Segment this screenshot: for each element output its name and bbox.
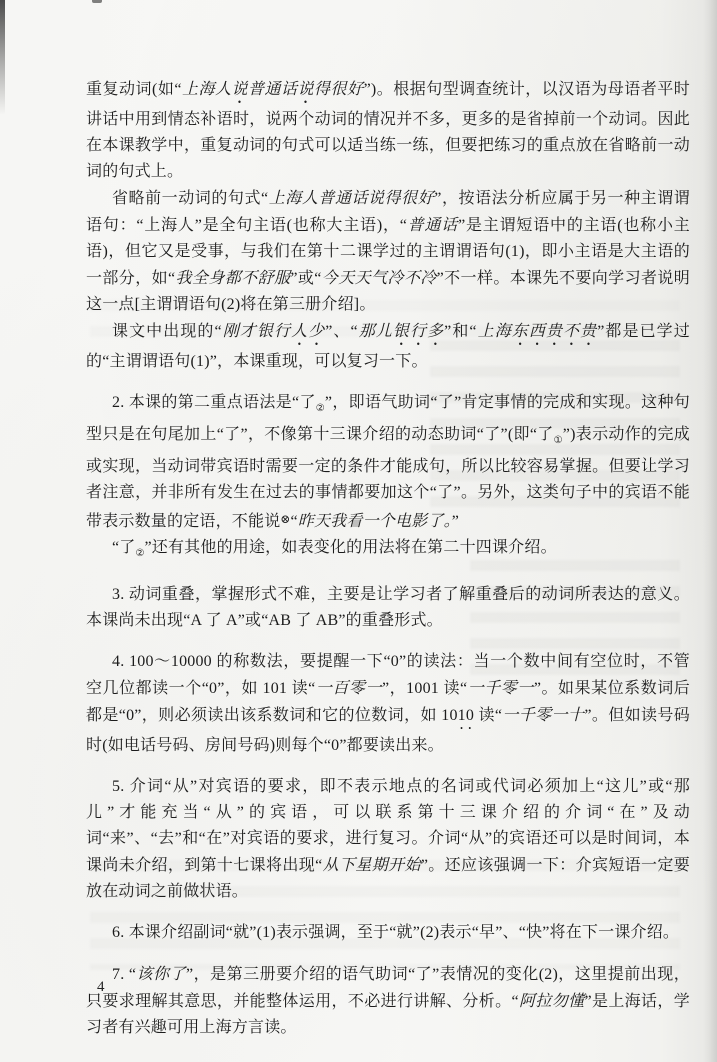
text-segment: “ [290, 513, 297, 530]
text-segment: 重复动词(如“ [86, 81, 182, 98]
document-body: 重复动词(如“上海人说普通话说得很好”)。根据句型调查统计，以汉语为母语者平时讲… [86, 76, 690, 1041]
text-segment: 昨天我看一个电影了。 [298, 511, 452, 530]
text-segment: 上海 [477, 321, 512, 340]
text-segment: 6. 本课介绍副词“就”(1)表示强调，至于“就”(2)表示“早”、“快”将在下… [112, 924, 679, 941]
text-segment: 普通话 [407, 215, 458, 234]
paragraph-item-2-le2-modal-particle: 2. 本课的第二重点语法是“了②”，即语气助词“了”肯定事情的完成和实现。这种句… [86, 390, 690, 535]
text-segment: ”、“ [325, 323, 358, 340]
paragraph-item-7-gai-ni-le: 7. “该你了”，是第三册要介绍的语气助词“了”表情况的变化(2)，这里提前出现… [86, 961, 690, 1041]
text-segment: 上海人普通话说得很好 [268, 188, 434, 207]
paragraph-omitted-first-verb: 省略前一动词的句式“上海人普通话说得很好”，按语法分析应属于另一种主谓谓语句：“… [86, 185, 690, 318]
text-segment: 说 [298, 79, 315, 98]
text-segment: 10 [458, 707, 474, 724]
text-segment: 2. 本课的第二重点语法是“了 [112, 394, 316, 411]
paragraph-item-3-verb-reduplication: 3. 动词重叠，掌握形式不难，主要是让学习者了解重叠后的动词所表达的意义。本课尚… [86, 582, 690, 634]
paragraph-item-4-numbers-100-10000: 4. 100～10000 的称数法，要提醒一下“0”的读法：当一个数中间有空位时… [86, 649, 690, 759]
text-segment: 3. 动词重叠，掌握形式不难，主要是让学习者了解重叠后的动词所表达的意义。本课尚… [86, 586, 690, 629]
paragraph-le2-other-uses: “了②”还有其他的用途，如表变化的用法将在第二十四课介绍。 [86, 535, 690, 567]
text-segment: 从下星期开始 [322, 855, 420, 874]
text-segment: “了 [112, 539, 136, 556]
text-segment: 今天天气冷不冷 [322, 268, 437, 287]
page-number: 4 [97, 979, 105, 996]
text-segment: 一千零一十 [502, 705, 584, 724]
text-segment: ⊗ [280, 512, 290, 526]
scan-artifact-top-speck [92, 0, 102, 3]
text-segment: 银行多 [393, 321, 444, 340]
text-segment: 说 [232, 79, 249, 98]
paragraph-repeated-verb-continuation: 重复动词(如“上海人说普通话说得很好”)。根据句型调查统计，以汉语为母语者平时讲… [86, 76, 690, 185]
text-segment: ② [316, 403, 325, 414]
text-segment: 得很好 [314, 79, 364, 98]
text-segment: 7. “ [112, 966, 136, 983]
text-segment: 那儿 [358, 321, 393, 340]
text-segment: 阿拉勿懂 [519, 991, 585, 1010]
scan-artifact-left-edge [0, 0, 5, 115]
text-segment: 该你了 [136, 964, 186, 983]
text-segment: 一百零一 [316, 678, 383, 697]
text-segment: ”和“ [444, 323, 477, 340]
text-segment: ”还有其他的用途，如表变化的用法将在第二十四课介绍。 [144, 539, 556, 556]
text-segment: ”，1001 读“ [382, 680, 467, 697]
paragraph-item-6-adverb-jiu: 6. 本课介绍副词“就”(1)表示强调，至于“就”(2)表示“早”、“快”将在下… [86, 920, 690, 946]
scan-shadow-right-edge [703, 0, 717, 1062]
text-segment: 一千零一 [467, 678, 534, 697]
text-segment: ” [452, 513, 459, 530]
text-segment: 普通话 [248, 79, 298, 98]
paragraph-text-examples-review: 课文中出现的“刚才银行人少”、“那儿银行多”和“上海东西贵不贵”都是已学过的“主… [86, 318, 690, 375]
scanned-page: 重复动词(如“上海人说普通话说得很好”)。根据句型调查统计，以汉语为母语者平时讲… [0, 0, 717, 1062]
text-segment: ① [554, 435, 563, 446]
text-segment: 刚才银行 [222, 321, 291, 340]
text-segment: 上海人 [182, 79, 232, 98]
text-segment: 东西贵不贵 [512, 321, 597, 340]
text-segment: 省略前一动词的句式“ [112, 190, 268, 207]
paragraph-item-5-preposition-cong: 5. 介词“从”对宾语的要求，即不表示地点的名词或代词必须加上“这儿”或“那儿”… [86, 774, 690, 905]
text-segment: ”或“ [290, 270, 321, 287]
text-segment: 我全身都不舒服 [175, 268, 290, 287]
text-segment: 课文中出现的“ [112, 323, 222, 340]
text-segment: 读“ [474, 707, 502, 724]
text-segment: 人少 [291, 321, 325, 340]
